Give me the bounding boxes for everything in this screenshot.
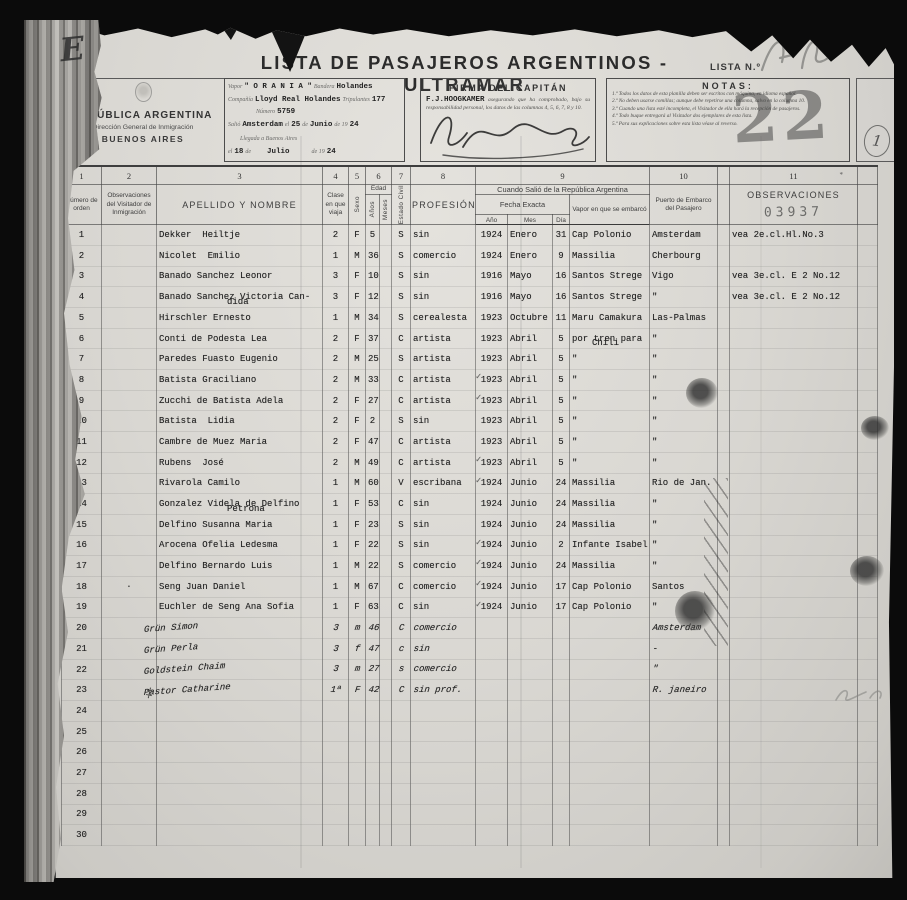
observaciones-cell (730, 825, 858, 846)
meses-cell (380, 308, 392, 329)
salio-dia: 25 (291, 119, 300, 132)
profesion-cell: sin (411, 266, 476, 287)
salio-puerto: Amsterdam (242, 119, 283, 132)
profesion-cell: sin (411, 287, 476, 308)
salida-ano-cell: 1924 (476, 514, 508, 535)
sexo-cell (349, 763, 366, 784)
meses-cell (380, 576, 392, 597)
salida-ano-cell (476, 763, 508, 784)
large-number-stamp: 22 (730, 81, 833, 152)
passenger-rows: 1 Dekker Heiltje 2 F 5 S sin 1924 Enero … (62, 225, 878, 846)
profesion-cell: artista✓ (411, 390, 476, 411)
passenger-row: 28 (62, 783, 878, 804)
clase-cell: 2 (323, 452, 349, 473)
vapor-value: Massilia (572, 520, 615, 530)
profesion-cell (411, 701, 476, 722)
gap-cell (718, 721, 730, 742)
estado-civil-cell: C (392, 370, 411, 391)
observaciones-cell (730, 432, 858, 453)
header-estado-civil: Estado Civil (392, 185, 411, 225)
vapor-cell (570, 763, 650, 784)
table-header: 1 2 3 4 5 6 7 8 9 10 11* Número de orden… (62, 166, 878, 225)
salida-ano-cell: 1924 (476, 494, 508, 515)
estado-civil-cell (392, 742, 411, 763)
clase-cell: 1 (323, 473, 349, 494)
clase-cell (323, 721, 349, 742)
anos-cell: 25 (366, 349, 380, 370)
sexo-cell: F (349, 597, 366, 618)
sexo-cell: F (349, 411, 366, 432)
margin-strip-cell (858, 804, 878, 825)
estado-civil-cell: C (392, 576, 411, 597)
anos-cell: 36 (366, 245, 380, 266)
vapor-label: Vapor (228, 81, 242, 94)
vapor-cell (570, 804, 650, 825)
profesion-cell: artista (411, 432, 476, 453)
salio-ano: 24 (350, 119, 359, 132)
gap-cell (718, 266, 730, 287)
salida-ano-cell (476, 783, 508, 804)
anos-cell: 23 (366, 514, 380, 535)
clase-cell: 1 (323, 576, 349, 597)
anos-cell: 53 (366, 494, 380, 515)
meses-cell (380, 411, 392, 432)
meses-cell (380, 701, 392, 722)
salida-dia-cell (551, 659, 570, 680)
salida-dia-cell: 5 (553, 390, 570, 411)
visitador-obs-cell (102, 783, 157, 804)
observaciones-cell (728, 618, 858, 639)
passenger-name: Cambre de Muez Maria (159, 437, 267, 447)
passenger-name: Rubens José (159, 458, 224, 468)
col-number-gap (718, 166, 730, 185)
sexo-cell (349, 804, 366, 825)
vapor-value: Cap Polonio (572, 602, 631, 612)
meses-cell (380, 783, 392, 804)
vapor-value: " (572, 375, 577, 385)
salida-mes-cell (508, 701, 553, 722)
bandera-value: Holandes (337, 81, 373, 94)
salida-dia-cell: 16 (553, 287, 570, 308)
llegada-dia: 18 (234, 146, 243, 159)
anos-cell (366, 825, 380, 846)
sexo-cell: M (349, 576, 366, 597)
numero-label: Número (256, 106, 275, 119)
anos-cell: 33 (366, 370, 380, 391)
visitador-obs-cell (102, 473, 157, 494)
salida-dia-cell: 24 (553, 494, 570, 515)
passenger-row: 9 Zucchi de Batista Adela 2 F 27 C artis… (62, 390, 878, 411)
salida-dia-cell: 17 (553, 597, 570, 618)
observaciones-cell (730, 597, 858, 618)
salida-dia-cell (551, 680, 570, 701)
margin-strip-cell (858, 742, 878, 763)
clase-cell: 3 (321, 618, 349, 639)
anos-vertical-label: Años (369, 201, 376, 217)
salida-mes-cell: Junio (508, 597, 553, 618)
profesion-value: sin prof. (412, 685, 462, 695)
observaciones-cell (730, 556, 858, 577)
salida-mes-cell (506, 659, 553, 680)
sexo-vertical-label: Sexo (354, 196, 361, 212)
profesion-value: artista (413, 354, 451, 364)
estado-civil-cell: C (390, 618, 411, 639)
passenger-row: 14 Gonzalez Videla de DelfinoPetrona 1 F… (62, 494, 878, 515)
puerto-cell (650, 742, 718, 763)
vapor-cell: Cap Polonio (570, 597, 650, 618)
profesion-value: sin (413, 292, 429, 302)
salio-label: Salió (228, 119, 240, 132)
profesion-value: comercio (413, 251, 456, 261)
puerto-cell (650, 804, 718, 825)
passenger-name: Delfino Bernardo Luis (159, 561, 272, 571)
salida-mes-cell: Abril (508, 411, 553, 432)
margin-strip-cell (858, 370, 878, 391)
vapor-cell: " (570, 411, 650, 432)
clase-cell: 1 (323, 556, 349, 577)
sexo-cell: M (349, 370, 366, 391)
meses-cell (380, 514, 392, 535)
sexo-cell: F (349, 287, 366, 308)
page-number-box: 1 (856, 78, 898, 162)
header-sexo: Sexo (349, 185, 366, 225)
passenger-name: Rivarola Camilo (159, 478, 240, 488)
salida-mes-cell (506, 618, 553, 639)
header-apellido-nombre: APELLIDO Y NOMBRE (157, 185, 323, 225)
puerto-cell (650, 701, 718, 722)
salida-dia-cell (553, 742, 570, 763)
meses-cell (380, 266, 392, 287)
profesion-cell: comercio (411, 245, 476, 266)
salida-mes-cell: Junio (508, 556, 553, 577)
estado-civil-cell (392, 701, 411, 722)
name-cell (157, 763, 323, 784)
salida-dia-cell: 17 (553, 576, 570, 597)
clase-cell: 1 (323, 494, 349, 515)
name-cell (157, 701, 323, 722)
passenger-row: 23 Pastor Catharine 1ª F 42 C sin prof. … (62, 680, 878, 701)
salida-dia-cell (551, 639, 570, 660)
circled-page-number: 1 (862, 123, 892, 158)
name-cell: Rubens José (157, 452, 323, 473)
passenger-row: 7 Paredes Fuasto Eugenio 2 M 25 S artist… (62, 349, 878, 370)
salida-mes-cell: Mayo (508, 266, 553, 287)
header-row-1: Número de orden Observaciones del Visita… (62, 185, 878, 195)
salida-dia-cell (553, 721, 570, 742)
clase-cell (323, 742, 349, 763)
meses-cell (380, 535, 392, 556)
passenger-row: 21 Grün Perla 3 f 47 c sin - (62, 639, 878, 660)
passenger-row: 4 Banado Sanchez Victoria Can-dida 3 F 1… (62, 287, 878, 308)
header-ano: Año (476, 215, 508, 225)
meses-cell (380, 494, 392, 515)
profesion-cell (411, 783, 476, 804)
salida-mes-cell (506, 680, 553, 701)
row-number-cell: 20 (62, 618, 102, 639)
passenger-row: 24 (62, 701, 878, 722)
sexo-cell (349, 825, 366, 846)
passenger-name: Batista Graciliano (159, 375, 256, 385)
clase-cell: 2 (323, 328, 349, 349)
passenger-row: 5 Hirschler Ernesto 1 M 34 S cerealesta … (62, 308, 878, 329)
observaciones-cell (730, 370, 858, 391)
check-mark: ✓ (475, 476, 482, 485)
salida-ano-cell: 1916 (476, 287, 508, 308)
salida-mes-cell: Mayo (508, 287, 553, 308)
sexo-cell: M (349, 245, 366, 266)
gap-cell (718, 245, 730, 266)
meses-cell (380, 825, 392, 846)
name-cell: Arocena Ofelia Ledesma (157, 535, 323, 556)
margin-strip-cell (858, 535, 878, 556)
row-number-cell: 22 (62, 659, 102, 680)
name-cell (157, 804, 323, 825)
row-number-cell: 21 (62, 639, 102, 660)
salida-dia-cell: 24 (553, 556, 570, 577)
margin-strip-cell (858, 514, 878, 535)
pencil-hatch-marks (704, 478, 728, 646)
salida-mes-cell (508, 783, 553, 804)
anos-cell (366, 742, 380, 763)
estado-civil-cell: C (390, 680, 411, 701)
name-cell: Batista Graciliano (157, 370, 323, 391)
anos-cell: 67 (366, 576, 380, 597)
profesion-cell: artista✓ (411, 452, 476, 473)
clase-cell: 1 (323, 245, 349, 266)
col-number: 4 (323, 166, 349, 185)
vapor-cell (570, 701, 650, 722)
sexo-cell: F (349, 266, 366, 287)
check-mark: ✓ (475, 455, 482, 464)
salida-dia-cell: 31 (553, 225, 570, 246)
check-mark: ✓ (475, 600, 482, 609)
margin-strip-cell (856, 618, 878, 639)
estado-civil-cell: C (392, 432, 411, 453)
compania-value: Lloyd Real Holandes (255, 94, 341, 107)
salida-dia-cell: 16 (553, 266, 570, 287)
estado-civil-cell: S (392, 535, 411, 556)
sexo-cell (349, 783, 366, 804)
sexo-cell: M (349, 349, 366, 370)
profesion-cell: sin (409, 639, 476, 660)
name-cell: Delfino Susanna Maria (157, 514, 323, 535)
salida-mes-cell: Abril (508, 452, 553, 473)
vapor-cell: Massilia (570, 245, 650, 266)
de-label: de (245, 146, 251, 159)
vapor-value: Santos Strege (572, 292, 642, 302)
name-cell (157, 825, 323, 846)
sexo-cell (349, 742, 366, 763)
salida-mes-cell: Junio (508, 473, 553, 494)
vapor-value: Massilia (572, 478, 615, 488)
col-number: 8 (411, 166, 476, 185)
meses-cell (380, 721, 392, 742)
salida-dia-cell (553, 804, 570, 825)
salida-dia-cell: 5 (553, 411, 570, 432)
salida-mes-cell: Junio (508, 514, 553, 535)
compania-label: Compañía (228, 94, 253, 107)
salida-ano-cell (476, 721, 508, 742)
salida-ano-cell (476, 825, 508, 846)
passenger-name: Paredes Fuasto Eugenio (159, 354, 278, 364)
vapor-cell (570, 825, 650, 846)
salida-dia-cell: 5 (553, 349, 570, 370)
gap-cell (718, 452, 730, 473)
name-cell: Hirschler Ernesto (157, 308, 323, 329)
passenger-row: 11 Cambre de Muez Maria 2 F 47 C artista… (62, 432, 878, 453)
visitador-obs-cell (102, 825, 157, 846)
vapor-cell: Massilia (570, 494, 650, 515)
name-cell: Zucchi de Batista Adela (157, 390, 323, 411)
clase-cell: 2 (323, 225, 349, 246)
vapor-cell (570, 742, 650, 763)
name-cell (157, 742, 323, 763)
header-margin-strip (858, 185, 878, 225)
observaciones-label: OBSERVACIONES (731, 190, 856, 200)
check-mark: ✓ (475, 372, 482, 381)
estado-civil-cell: C (392, 328, 411, 349)
salida-ano-cell: 1923 (476, 349, 508, 370)
name-cell (157, 783, 323, 804)
header-mes: Mes (508, 215, 553, 225)
observaciones-cell (730, 452, 858, 473)
row-number-cell: 25 (62, 721, 102, 742)
column-number-row: 1 2 3 4 5 6 7 8 9 10 11* (62, 166, 878, 185)
passenger-row: 19 Euchler de Seng Ana Sofia 1 F 63 C si… (62, 597, 878, 618)
margin-strip-cell (858, 473, 878, 494)
puerto-cell: " (650, 328, 718, 349)
anos-cell (366, 701, 380, 722)
observaciones-cell (730, 721, 858, 742)
salida-mes-cell: Enero (508, 225, 553, 246)
salida-dia-cell (553, 825, 570, 846)
salida-mes-cell: Octubre (508, 308, 553, 329)
row-number-cell: 30 (62, 825, 102, 846)
vapor-value: Massilia (572, 251, 615, 261)
observaciones-cell (730, 390, 858, 411)
profesion-cell: comercio✓ (411, 576, 476, 597)
col-number: 6 (366, 166, 392, 185)
name-cell: Goldstein Chaim (155, 659, 323, 680)
profesion-cell (411, 804, 476, 825)
profesion-value: artista (413, 396, 451, 406)
salida-ano-cell: 1923 (476, 432, 508, 453)
check-mark: ✓ (475, 393, 482, 402)
estado-civil-cell: C (392, 597, 411, 618)
passenger-name: Zucchi de Batista Adela (159, 396, 283, 406)
puerto-cell: R. janeiro (648, 680, 718, 701)
visitador-obs-cell (102, 514, 157, 535)
salida-ano-cell: 1923 (476, 411, 508, 432)
meses-cell (380, 287, 392, 308)
gap-cell (718, 763, 730, 784)
sexo-cell: M (349, 556, 366, 577)
salio-mes: Junio (310, 119, 333, 132)
profesion-value: artista (413, 334, 451, 344)
anos-cell (366, 721, 380, 742)
sexo-cell: m (347, 618, 366, 639)
estado-civil-cell: S (392, 411, 411, 432)
estado-civil-cell: S (392, 245, 411, 266)
meses-vertical-label: Meses (382, 199, 389, 220)
salida-dia-cell: 24 (553, 473, 570, 494)
visitador-obs-cell (102, 349, 157, 370)
vapor-cell: por tren paraChili (570, 328, 650, 349)
row-number-cell: 17 (62, 556, 102, 577)
row-number-cell: 27 (62, 763, 102, 784)
profesion-value: artista (413, 375, 451, 385)
observaciones-cell (730, 328, 858, 349)
sexo-cell (349, 701, 366, 722)
vapor-cell (570, 783, 650, 804)
salida-ano-cell (474, 618, 508, 639)
name-cell: Paredes Fuasto Eugenio (157, 349, 323, 370)
anos-cell: 63 (366, 597, 380, 618)
clase-cell: 2 (323, 390, 349, 411)
margin-strip-cell (858, 597, 878, 618)
passenger-name-wrap: dida (227, 297, 249, 307)
salida-ano-cell: 1923 (476, 328, 508, 349)
puerto-cell: " (650, 287, 718, 308)
vapor-value: Santos Strege (572, 271, 642, 281)
observaciones-cell: vea 3e.cl. E 2 No.12 (730, 266, 858, 287)
clase-cell: 1 (323, 535, 349, 556)
vapor-cell: " (570, 349, 650, 370)
meses-cell (380, 452, 392, 473)
vapor-value: " (572, 416, 577, 426)
sexo-cell: F (347, 680, 366, 701)
passenger-row: 16 Arocena Ofelia Ledesma 1 F 22 S sin✓ … (62, 535, 878, 556)
passenger-name: Seng Juan Daniel (159, 582, 245, 592)
anos-cell: 10 (366, 266, 380, 287)
observaciones-cell (730, 308, 858, 329)
margin-strip-cell (856, 639, 878, 660)
passenger-row: 29 (62, 804, 878, 825)
llegada-ano: 24 (327, 146, 336, 159)
passenger-row: 17 Delfino Bernardo Luis 1 M 22 S comerc… (62, 556, 878, 577)
vapor-cell: Cap Polonio (570, 576, 650, 597)
passenger-name: Hirschler Ernesto (159, 313, 251, 323)
llegada-mes: Julio (267, 146, 290, 159)
observaciones-cell (730, 535, 858, 556)
observaciones-cell (730, 349, 858, 370)
profesion-value: cerealesta (413, 313, 467, 323)
observaciones-cell (730, 804, 858, 825)
profesion-value: sin (413, 230, 429, 240)
margin-strip-cell (858, 783, 878, 804)
vapor-cell: Maru Camakura (570, 308, 650, 329)
estado-civil-cell: V (392, 473, 411, 494)
vapor-cell: Massilia (570, 556, 650, 577)
salida-mes-cell: Abril (508, 328, 553, 349)
tripulantes-label: Tripulantes (343, 94, 370, 107)
margin-strip-cell (858, 225, 878, 246)
ink-blot (850, 556, 884, 586)
vapor-value: " (572, 396, 577, 406)
observaciones-cell (730, 411, 858, 432)
profesion-cell: sin prof. (409, 680, 476, 701)
gap-cell (718, 742, 730, 763)
salida-ano-cell: 1924 (476, 245, 508, 266)
profesion-value: sin (413, 540, 429, 550)
estado-civil-cell: S (392, 266, 411, 287)
puerto-cell: " (648, 659, 718, 680)
profesion-value: comercio (412, 623, 456, 633)
salida-ano-cell: 1923 (476, 308, 508, 329)
visitador-obs-cell (102, 701, 157, 722)
salida-dia-cell: 24 (553, 514, 570, 535)
passenger-row: 18 · Seng Juan Daniel 1 M 67 C comercio✓… (62, 576, 878, 597)
